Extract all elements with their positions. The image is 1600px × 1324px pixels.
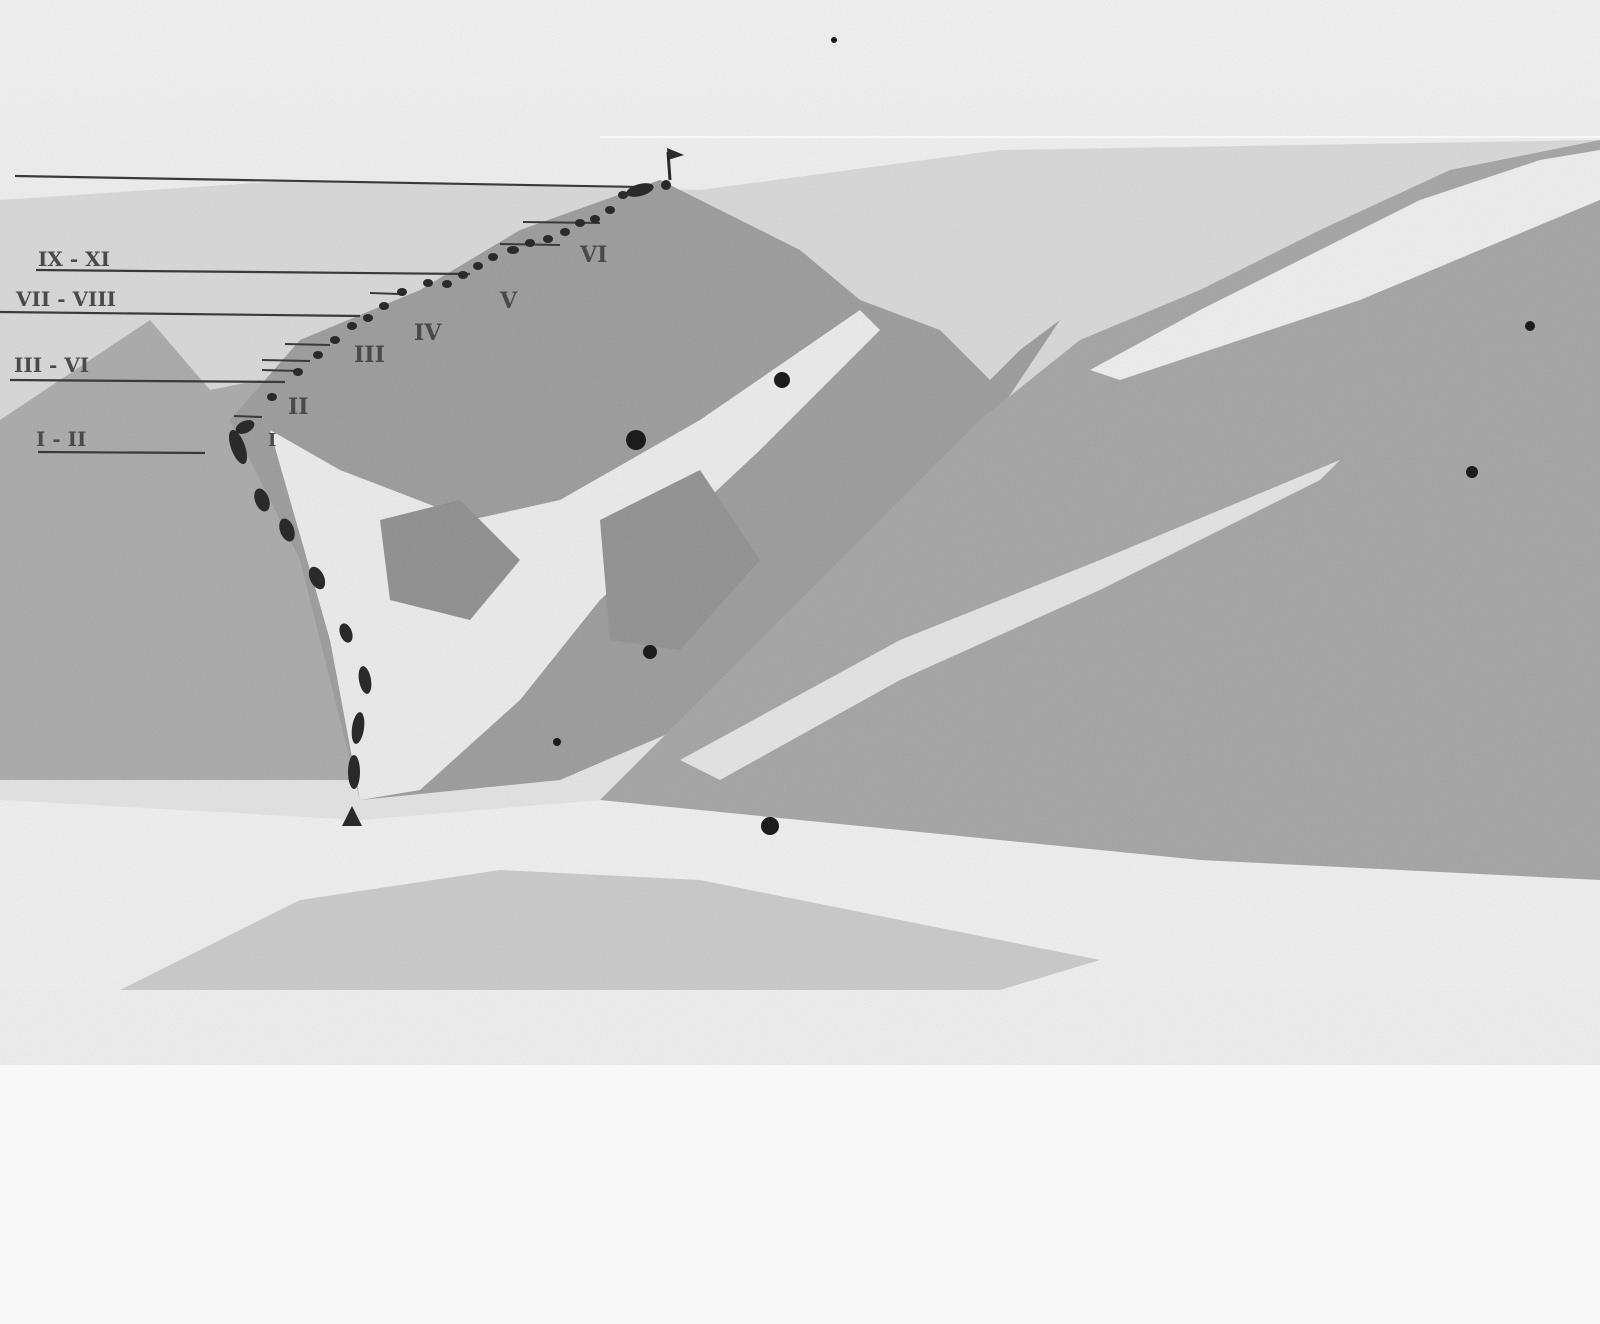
- route-label-iii: III: [354, 342, 385, 368]
- label-vii-viii: VII - VIII: [15, 287, 116, 311]
- label-ix-xi: IX - XI: [38, 247, 110, 271]
- film-grain: [0, 0, 1600, 1065]
- route-label-i: I: [268, 430, 276, 451]
- route-label-iv: IV: [414, 320, 442, 346]
- paper-margin: [0, 1065, 1600, 1324]
- route-label-ii: II: [288, 394, 309, 420]
- route-label-vi: VI: [579, 242, 607, 268]
- mountain-photo: IX - XI VII - VIII III - VI I - II I II …: [0, 0, 1600, 1065]
- route-label-v: V: [499, 288, 518, 314]
- label-iii-vi: III - VI: [14, 353, 89, 377]
- label-i-ii: I - II: [36, 427, 86, 451]
